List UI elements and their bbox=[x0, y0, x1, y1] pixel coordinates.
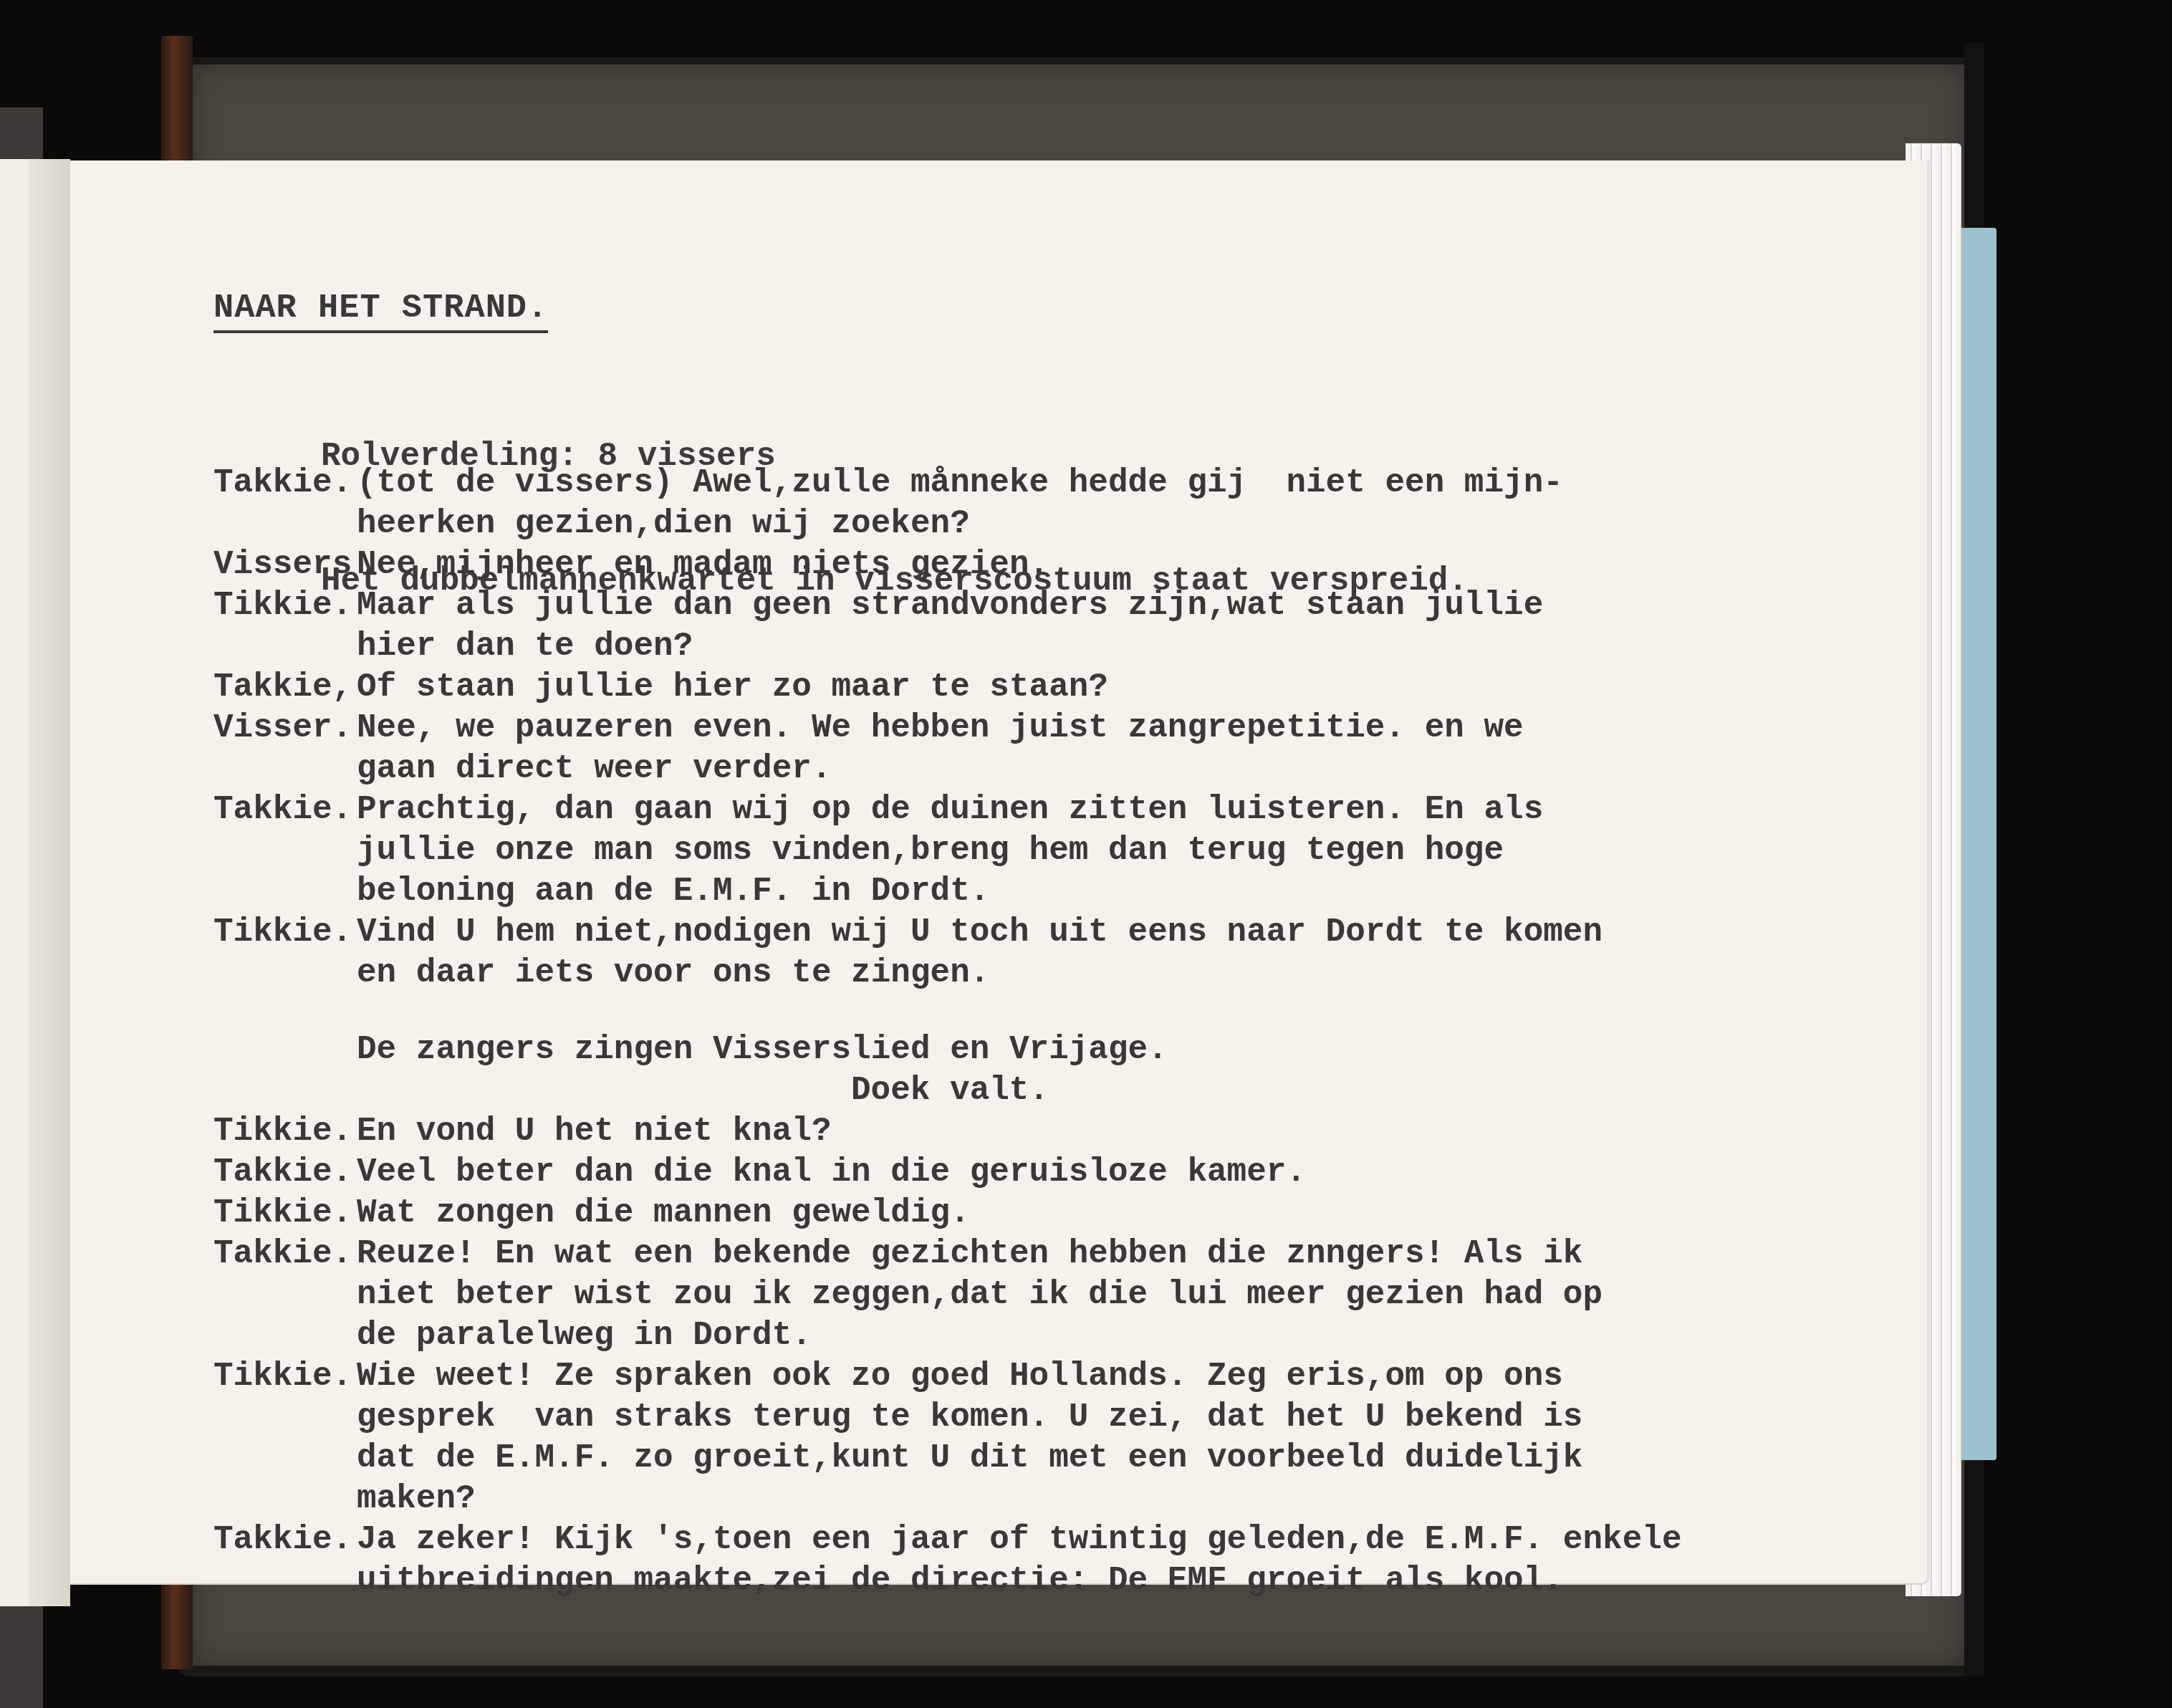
speaker-name: Vissers bbox=[213, 544, 357, 585]
speaker-name: Takkie. bbox=[213, 1234, 357, 1275]
speech-text: niet beter wist zou ik zeggen,dat ik die… bbox=[357, 1275, 1933, 1315]
stage-direction-line: De zangers zingen Visserslied en Vrijage… bbox=[213, 1030, 1933, 1070]
speech-text: Vind U hem niet,nodigen wij U toch uit e… bbox=[357, 912, 1933, 953]
speech-text: Nee,mijnheer en madam niets gezien. bbox=[357, 544, 1933, 585]
speaker-name: Takkie. bbox=[213, 463, 357, 504]
speech-text: jullie onze man soms vinden,breng hem da… bbox=[357, 830, 1933, 871]
curtain-line: Doek valt. bbox=[213, 1070, 1933, 1111]
dialogue-line: Tikkie.En vond U het niet knal? bbox=[213, 1111, 1933, 1152]
dialogue-line: dat de E.M.F. zo groeit,kunt U dit met e… bbox=[213, 1438, 1933, 1479]
speech-text: gesprek van straks terug te komen. U zei… bbox=[357, 1397, 1933, 1438]
dialogue-line: heerken gezien,dien wij zoeken? bbox=[213, 504, 1933, 544]
dialogue-line: Tikkie.Vind U hem niet,nodigen wij U toc… bbox=[213, 912, 1933, 953]
speech-text: uitbreidingen maakte,zei de directie: De… bbox=[357, 1560, 1933, 1601]
speech-text: dat de E.M.F. zo groeit,kunt U dit met e… bbox=[357, 1438, 1933, 1479]
dialogue-line: Takkie.(tot de vissers) Awel,zulle månne… bbox=[213, 463, 1933, 504]
speaker-name: Takkie, bbox=[213, 667, 357, 708]
speech-text: Maar als jullie dan geen strandvonders z… bbox=[357, 585, 1933, 626]
speaker-name: Tikkie. bbox=[213, 912, 357, 953]
dialogue-line: en daar iets voor ons te zingen. bbox=[213, 953, 1933, 994]
speech-text: Wie weet! Ze spraken ook zo goed Holland… bbox=[357, 1356, 1933, 1397]
speech-text: gaan direct weer verder. bbox=[357, 749, 1933, 790]
speaker-name bbox=[213, 871, 357, 912]
speaker-name bbox=[213, 1438, 357, 1479]
speaker-name bbox=[213, 626, 357, 667]
dialogue-line: Takkie,Of staan jullie hier zo maar te s… bbox=[213, 667, 1933, 708]
speaker-name bbox=[213, 1397, 357, 1438]
script-part-2: Tikkie.En vond U het niet knal?Takkie.Ve… bbox=[213, 1111, 1933, 1601]
dialogue-line: de paralelweg in Dordt. bbox=[213, 1315, 1933, 1356]
speaker-name bbox=[213, 1315, 357, 1356]
speech-text: En vond U het niet knal? bbox=[357, 1111, 1933, 1152]
typewritten-page: NAAR HET STRAND. Rolverdeling: 8 vissers… bbox=[70, 160, 1927, 1583]
speech-text: heerken gezien,dien wij zoeken? bbox=[357, 504, 1933, 544]
dialogue-line: beloning aan de E.M.F. in Dordt. bbox=[213, 871, 1933, 912]
dialogue-line: Takkie.Veel beter dan die knal in die ge… bbox=[213, 1152, 1933, 1193]
speaker-name: Tikkie. bbox=[213, 1111, 357, 1152]
speaker-name: Tikkie. bbox=[213, 1356, 357, 1397]
dialogue-line: maken? bbox=[213, 1479, 1933, 1520]
speaker-name bbox=[213, 1479, 357, 1520]
stage-direction: De zangers zingen Visserslied en Vrijage… bbox=[357, 1030, 1933, 1070]
speaker-name: Tikkie. bbox=[213, 585, 357, 626]
left-page-fold bbox=[29, 159, 70, 1606]
script-part-1: Takkie.(tot de vissers) Awel,zulle månne… bbox=[213, 463, 1933, 994]
speaker-name: Takkie. bbox=[213, 790, 357, 830]
speaker-name: Visser. bbox=[213, 708, 357, 749]
speaker-name: Takkie. bbox=[213, 1520, 357, 1560]
dialogue-line: VissersNee,mijnheer en madam niets gezie… bbox=[213, 544, 1933, 585]
speech-text: maken? bbox=[357, 1479, 1933, 1520]
dialogue-line: Tikkie.Wie weet! Ze spraken ook zo goed … bbox=[213, 1356, 1933, 1397]
speaker-name bbox=[213, 504, 357, 544]
speaker-name: Takkie. bbox=[213, 1152, 357, 1193]
speech-text: Of staan jullie hier zo maar te staan? bbox=[357, 667, 1933, 708]
page-title: NAAR HET STRAND. bbox=[213, 289, 548, 333]
dialogue-line: jullie onze man soms vinden,breng hem da… bbox=[213, 830, 1933, 871]
dialogue-line: uitbreidingen maakte,zei de directie: De… bbox=[213, 1560, 1933, 1601]
dialogue-line: niet beter wist zou ik zeggen,dat ik die… bbox=[213, 1275, 1933, 1315]
speech-text: (tot de vissers) Awel,zulle månneke hedd… bbox=[357, 463, 1933, 504]
dialogue-line: Tikkie.Maar als jullie dan geen strandvo… bbox=[213, 585, 1933, 626]
speech-text: Nee, we pauzeren even. We hebben juist z… bbox=[357, 708, 1933, 749]
dialogue-line: Takkie.Prachtig, dan gaan wij op de duin… bbox=[213, 790, 1933, 830]
curtain-direction: Doek valt. bbox=[357, 1070, 1933, 1111]
dialogue-line: gesprek van straks terug te komen. U zei… bbox=[213, 1397, 1933, 1438]
speaker-name: Tikkie. bbox=[213, 1193, 357, 1234]
speech-text: beloning aan de E.M.F. in Dordt. bbox=[357, 871, 1933, 912]
speech-text: Reuze! En wat een bekende gezichten hebb… bbox=[357, 1234, 1933, 1275]
speech-text: de paralelweg in Dordt. bbox=[357, 1315, 1933, 1356]
dialogue-line: Tikkie.Wat zongen die mannen geweldig. bbox=[213, 1193, 1933, 1234]
speech-text: Ja zeker! Kijk 's,toen een jaar of twint… bbox=[357, 1520, 1933, 1560]
dialogue-line: Takkie.Ja zeker! Kijk 's,toen een jaar o… bbox=[213, 1520, 1933, 1560]
speech-text: hier dan te doen? bbox=[357, 626, 1933, 667]
speaker-name bbox=[213, 1275, 357, 1315]
speaker-name bbox=[213, 830, 357, 871]
speaker-name bbox=[213, 953, 357, 994]
dialogue-line: gaan direct weer verder. bbox=[213, 749, 1933, 790]
speech-text: Veel beter dan die knal in die geruisloz… bbox=[357, 1152, 1933, 1193]
dialogue-line: hier dan te doen? bbox=[213, 626, 1933, 667]
script-body: Takkie.(tot de vissers) Awel,zulle månne… bbox=[213, 463, 1933, 1601]
speaker-name bbox=[213, 749, 357, 790]
speech-text: Wat zongen die mannen geweldig. bbox=[357, 1193, 1933, 1234]
speech-text: en daar iets voor ons te zingen. bbox=[357, 953, 1933, 994]
dialogue-line: Takkie.Reuze! En wat een bekende gezicht… bbox=[213, 1234, 1933, 1275]
speech-text: Prachtig, dan gaan wij op de duinen zitt… bbox=[357, 790, 1933, 830]
dialogue-line: Visser.Nee, we pauzeren even. We hebben … bbox=[213, 708, 1933, 749]
speaker-name bbox=[213, 1560, 357, 1601]
